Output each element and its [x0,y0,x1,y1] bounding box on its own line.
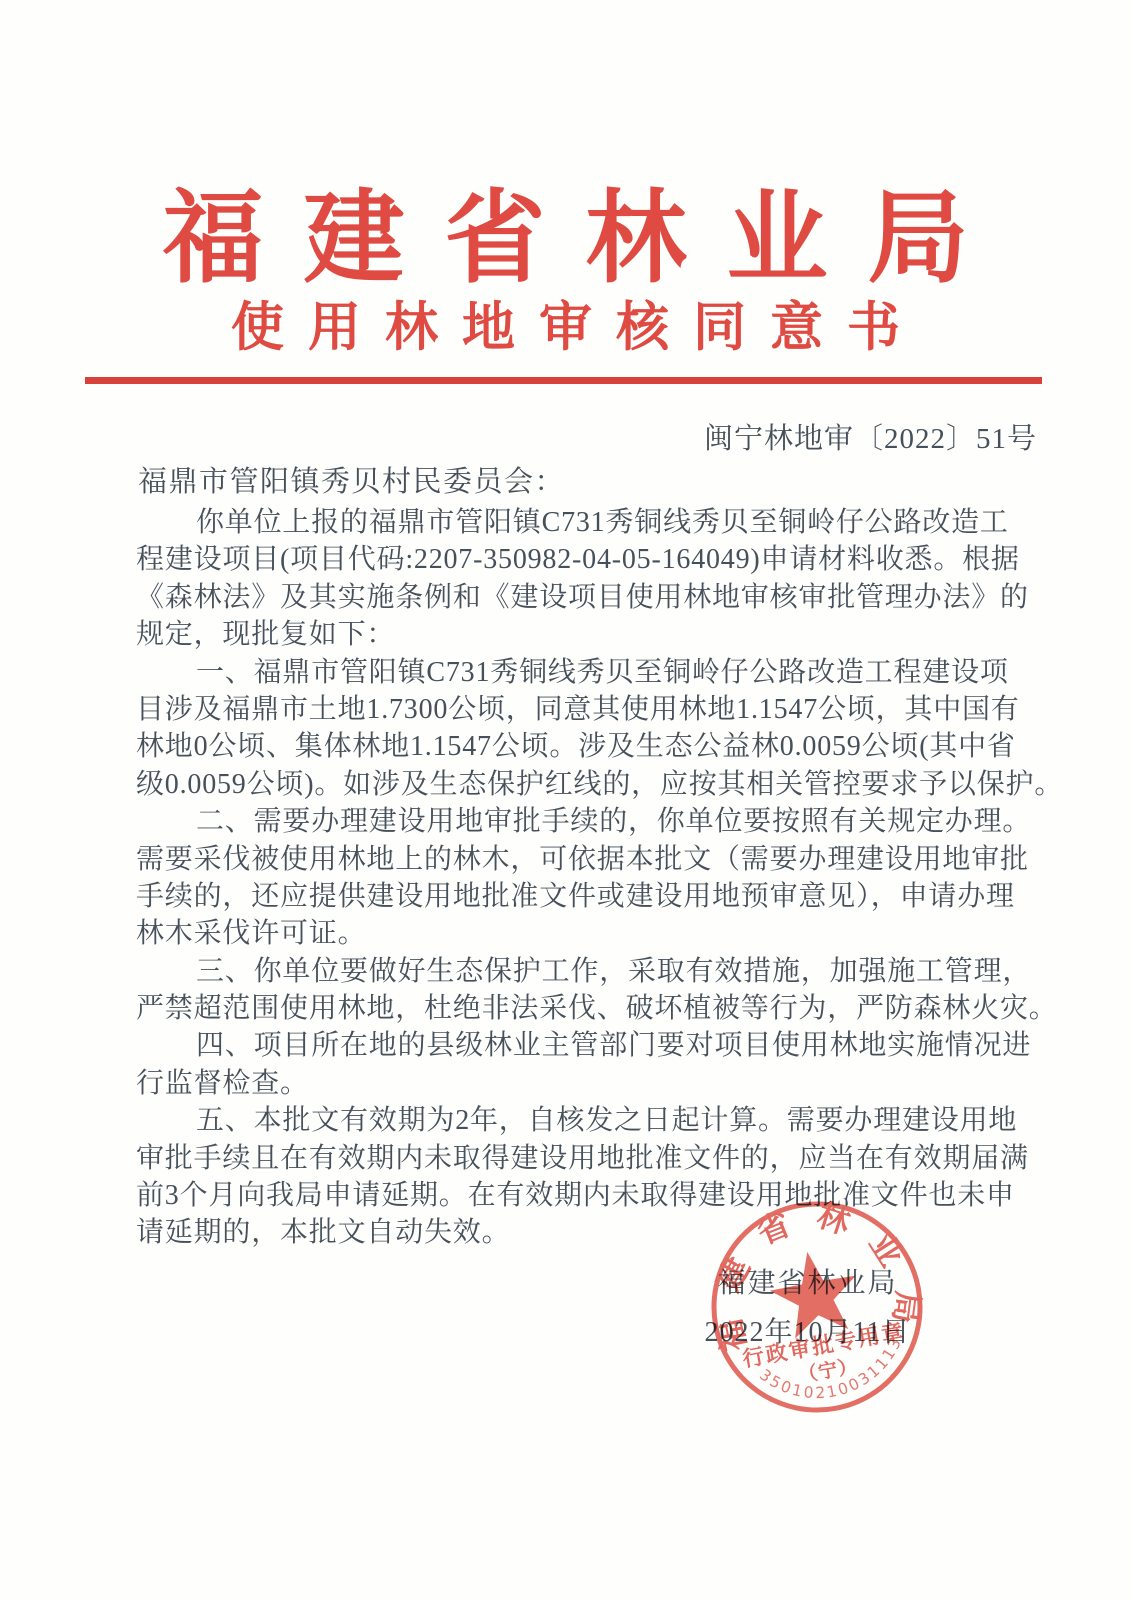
body-line: 二、需要办理建设用地审批手续的，你单位要按照有关规定办理。 [136,803,1036,840]
letterhead-org-title: 福建省林业局 [0,186,1131,292]
body-line: 一、福鼎市管阳镇C731秀铜线秀贝至铜岭仔公路改造工程建设项 [136,654,1036,691]
body-line: 规定，现批复如下： [136,616,1036,653]
body-line: 行监督检查。 [136,1065,1036,1102]
body-line: 林地0公顷、集体林地1.1547公顷。涉及生态公益林0.0059公顷(其中省 [136,728,1036,765]
body-line: 《森林法》及其实施条例和《建设项目使用林地审核审批管理办法》的 [136,579,1036,616]
body-line: 四、项目所在地的县级林业主管部门要对项目使用林地实施情况进 [136,1027,1036,1064]
body-line: 需要采伐被使用林地上的林木，可依据本批文（需要办理建设用地审批 [136,841,1036,878]
body-line: 三、你单位要做好生态保护工作，采取有效措施，加强施工管理， [136,953,1036,990]
body-line: 程建设项目(项目代码:2207-350982-04-05-164049)申请材料… [136,541,1036,578]
body-line: 目涉及福鼎市土地1.7300公顷，同意其使用林地1.1547公顷，其中国有 [136,691,1036,728]
document-body: 你单位上报的福鼎市管阳镇C731秀铜线秀贝至铜岭仔公路改造工 程建设项目(项目代… [136,504,1036,1252]
body-line: 你单位上报的福鼎市管阳镇C731秀铜线秀贝至铜岭仔公路改造工 [136,504,1036,541]
seal-star-icon [764,1244,865,1341]
body-line: 五、本批文有效期为2年，自核发之日起计算。需要办理建设用地 [136,1102,1036,1139]
body-line: 审批手续且在有效期内未取得建设用地批准文件的，应当在有效期届满 [136,1140,1036,1177]
document-page: 福建省林业局 使用林地审核同意书 闽宁林地审〔2022〕51号 福鼎市管阳镇秀贝… [0,0,1131,1600]
body-line: 严禁超范围使用林地，杜绝非法采伐、破坏植被等行为，严防森林火灾。 [136,990,1036,1027]
document-number: 闽宁林地审〔2022〕51号 [704,416,1037,457]
document-type-title: 使用林地审核同意书 [0,299,1131,357]
body-line: 级0.0059公顷)。如涉及生态保护红线的，应按其相关管控要求予以保护。 [136,766,1036,803]
official-seal: 福建省林业局 行政审批专用章 （宁） 35010210031113 [702,1192,932,1422]
addressee-line: 福鼎市管阳镇秀贝村民委员会： [138,459,565,500]
letterhead-divider-rule [85,377,1042,384]
body-line: 手续的，还应提供建设用地批准文件或建设用地预审意见），申请办理 [136,878,1036,915]
body-line: 林木采伐许可证。 [136,915,1036,952]
